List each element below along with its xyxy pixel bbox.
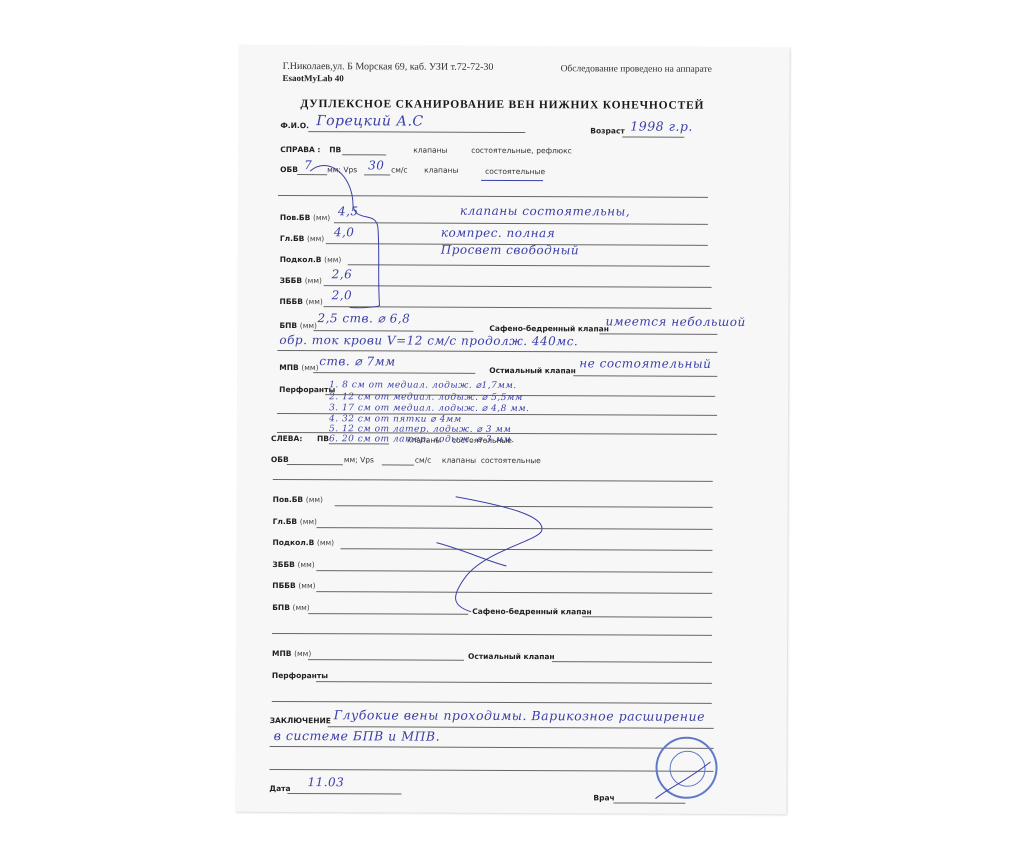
right-section-label: СПРАВА :	[280, 145, 320, 154]
right-ost-value[interactable]: не состоятельный	[579, 356, 711, 371]
right-sfv-label: Сафено-бедренный клапан	[489, 324, 609, 334]
conclusion-line-2[interactable]: в системе БПВ и МПВ.	[274, 728, 440, 744]
right-ost-label: Остиальный клапан	[489, 366, 576, 375]
name-value[interactable]: Горецкий А.С	[316, 113, 423, 129]
doctor-label: Врач	[593, 793, 614, 802]
right-row-label: ПББВ (мм)	[280, 297, 323, 306]
left-mpv-label: МПВ (мм)	[272, 649, 311, 658]
left-perf-label: Перфоранты	[272, 671, 328, 680]
ink-strokes	[235, 45, 789, 814]
right-row-label: Гл.БВ (мм)	[280, 234, 324, 243]
right-vps-value[interactable]: 30	[368, 158, 384, 172]
clinic-address: Г.Николаев,ул. Б Морская 69, каб. УЗИ т.…	[283, 61, 494, 73]
right-row-label: ЗББВ (мм)	[280, 276, 322, 285]
left-row-label: ПББВ (мм)	[272, 581, 315, 590]
right-pv-label: ПВ	[329, 145, 341, 154]
left-mm-vps: мм; Vps	[344, 455, 374, 464]
left-row-label: Подкол.В (мм)	[272, 538, 334, 547]
page-title: ДУПЛЕКСНОЕ СКАНИРОВАНИЕ ВЕН НИЖНИХ КОНЕЧ…	[300, 98, 704, 112]
right-row-label: Пов.БВ (мм)	[280, 213, 330, 222]
right-bpv-label: БПВ (мм)	[279, 321, 317, 330]
right-obv-value[interactable]: 7	[304, 158, 312, 172]
right-bpv-value[interactable]: 2,5 ств. ⌀ 6,8	[317, 311, 410, 325]
right-mm-vps: мм; Vps	[327, 165, 357, 174]
right-pv-competent: состоятельные,	[471, 146, 533, 155]
left-row-label: Пов.БВ (мм)	[273, 495, 323, 504]
date-label: Дата	[269, 784, 290, 793]
right-row-note[interactable]: клапаны состоятельны,	[460, 204, 630, 219]
right-valves-state: состоятельные	[485, 167, 545, 176]
right-row-note[interactable]: компрес. полная	[441, 226, 555, 240]
conclusion-label: ЗАКЛЮЧЕНИЕ	[270, 716, 331, 725]
right-row-value[interactable]: 4,0	[334, 225, 355, 239]
left-section-label: СЛЕВА:	[271, 434, 302, 443]
right-obv-label: ОБВ	[280, 165, 298, 174]
left-valves-state: состоятельные	[481, 456, 541, 465]
left-rows: Пов.БВ (мм) Гл.БВ (мм) Подкол.В (мм) ЗББ…	[239, 45, 790, 47]
date-value[interactable]: 11.03	[307, 775, 344, 789]
age-label: Возраст	[590, 126, 624, 135]
device-name: EsaotMyLab 40	[283, 73, 344, 83]
left-cms: см/с	[415, 456, 431, 465]
perforator-item[interactable]: 3. 17 см от медиал. лодыж. ⌀ 4,8 мм.	[329, 404, 529, 414]
right-sfv-value[interactable]: имеется небольшой	[605, 314, 745, 329]
left-row-label: Гл.БВ (мм)	[273, 517, 317, 526]
perforator-item[interactable]: 1. 8 см от медиал. лодыж. ⌀1,7мм.	[329, 381, 517, 391]
left-row-label: ЗББВ (мм)	[272, 560, 314, 569]
perforator-list: 1. 8 см от медиал. лодыж. ⌀1,7мм. 2. 12 …	[239, 45, 790, 47]
left-bpv-label: БПВ (мм)	[272, 603, 310, 612]
right-row-note[interactable]: Просвет свободный	[441, 243, 579, 258]
left-pv-label: ПВ	[317, 434, 329, 443]
right-row-value[interactable]: 4,5	[338, 204, 359, 218]
right-pv-valves: клапаны	[413, 146, 447, 155]
right-row-value[interactable]: 2,6	[332, 267, 353, 281]
right-valves: клапаны	[424, 166, 458, 175]
left-ost-label: Остиальный клапан	[468, 652, 555, 661]
right-row-value[interactable]: 2,0	[332, 288, 353, 302]
right-pv-reflux: рефлюкс	[536, 146, 572, 155]
left-pv-competent: состоятельные	[452, 436, 512, 445]
left-obv-label: ОБВ	[271, 455, 289, 464]
right-mpv-value[interactable]: ств. ⌀ 7мм	[319, 354, 395, 368]
right-sfv-value-2[interactable]: обр. ток крови V=12 см/с продолж. 440мс.	[279, 333, 578, 348]
age-value[interactable]: 1998 г.р.	[630, 119, 693, 134]
perforator-item[interactable]: 2. 12 см от медиал. лодыж. ⌀ 5,5мм	[329, 393, 523, 403]
conclusion-line-1[interactable]: Глубокие вены проходимы. Варикозное расш…	[334, 707, 705, 724]
clinic-stamp-icon	[655, 737, 717, 799]
right-row-label: Подкол.В (мм)	[280, 255, 342, 264]
right-cms: см/с	[391, 165, 407, 174]
device-note: Обследование проведено на аппарате	[561, 64, 712, 75]
left-valves: клапаны	[442, 456, 476, 465]
right-mpv-label: МПВ (мм)	[279, 363, 318, 372]
right-perf-label: Перфоранты	[279, 385, 335, 394]
left-sfv-label: Сафено-бедренный клапан	[472, 607, 592, 617]
form-page: Г.Николаев,ул. Б Морская 69, каб. УЗИ т.…	[235, 45, 789, 814]
left-pv-valves: клапаны	[407, 436, 441, 445]
right-rows: Пов.БВ (мм) 4,5 клапаны состоятельны, Гл…	[239, 45, 790, 47]
name-label: Ф.И.О.	[280, 121, 309, 130]
